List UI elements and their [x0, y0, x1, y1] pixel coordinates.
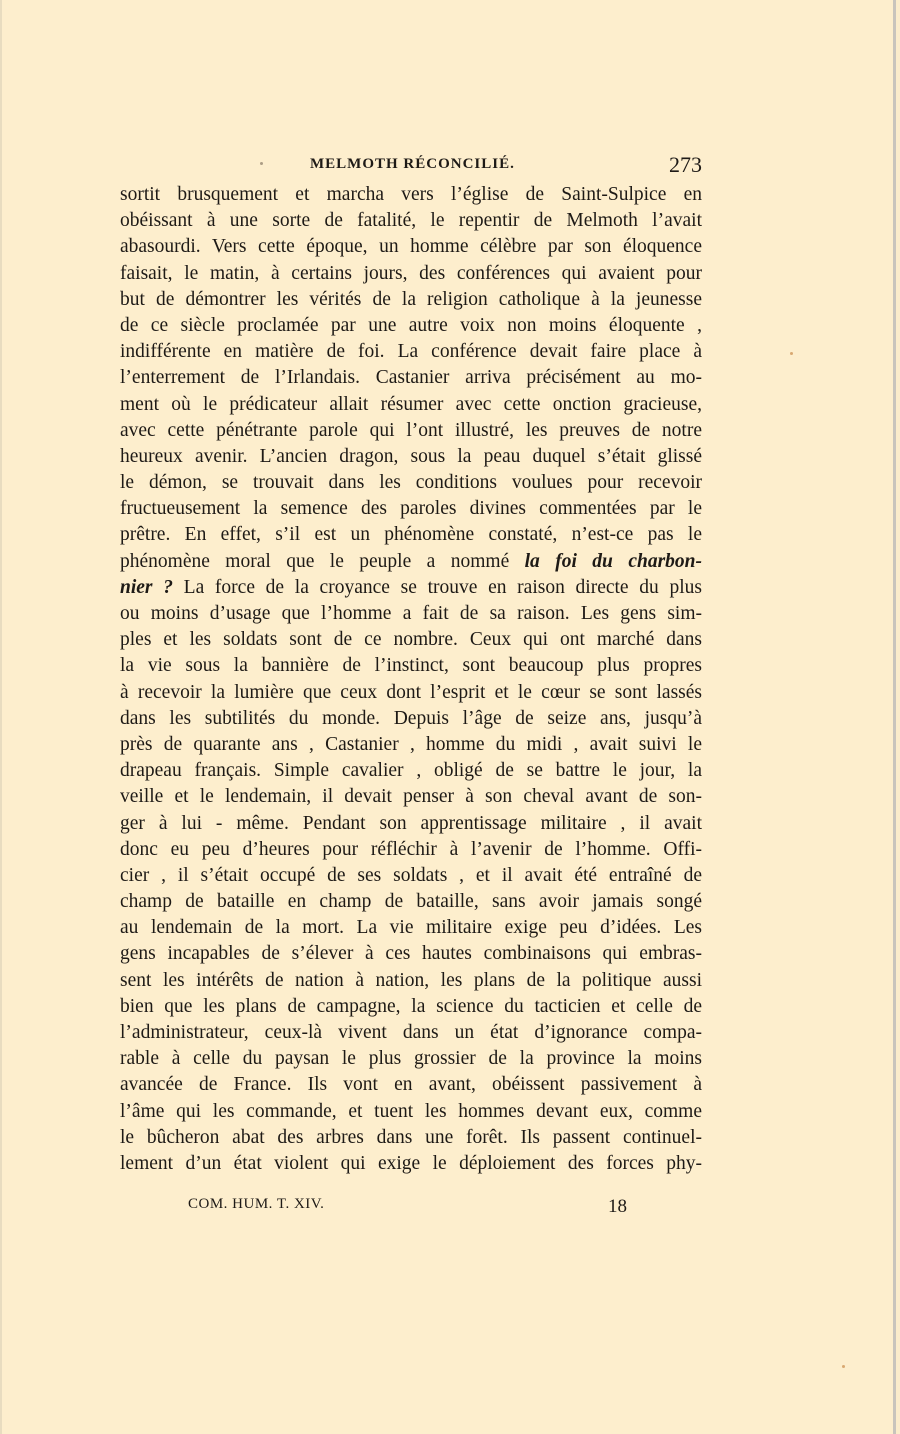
text-line: lement d’un état violent qui exige le dé… [120, 1151, 702, 1177]
text-line: abasourdi. Vers cette époque, un homme c… [120, 234, 702, 260]
text-line: rable à celle du paysan le plus grossier… [120, 1046, 702, 1072]
text-line: l’enterrement de l’Irlandais. Castanier … [120, 365, 702, 391]
text-line: le démon, se trouvait dans les condition… [120, 470, 702, 496]
page-number: 273 [669, 152, 702, 178]
text-line: ples et les soldats sont de ce nombre. C… [120, 627, 702, 653]
text-line: champ de bataille en champ de bataille, … [120, 889, 702, 915]
text-line: faisait, le matin, à certains jours, des… [120, 261, 702, 287]
text-line: drapeau français. Simple cavalier , obli… [120, 758, 702, 784]
italic-phrase: nier ? [120, 577, 173, 598]
text-line: ger à lui - même. Pendant son apprentiss… [120, 811, 702, 837]
body-text: sortit brusquement et marcha vers l’égli… [120, 182, 702, 1177]
text-line: obéissant à une sorte de fatalité, le re… [120, 208, 702, 234]
text-line: la vie sous la bannière de l’instinct, s… [120, 653, 702, 679]
text-line: avancée de France. Ils vont en avant, ob… [120, 1072, 702, 1098]
text-line: l’âme qui les commande, et tuent les hom… [120, 1099, 702, 1125]
paper-speck [790, 352, 793, 355]
text-line: ou moins d’usage que l’homme a fait de s… [120, 601, 702, 627]
text-fragment: phénomène moral que le peuple a nommé [120, 551, 525, 572]
text-line: bien que les plans de campagne, la scien… [120, 994, 702, 1020]
text-line: l’administrateur, ceux-là vivent dans un… [120, 1020, 702, 1046]
printer-signature: COM. HUM. T. XIV. [188, 1196, 324, 1213]
text-line: dans les subtilités du monde. Depuis l’â… [120, 706, 702, 732]
text-line: sortit brusquement et marcha vers l’égli… [120, 182, 702, 208]
text-line: sent les intérêts de nation à nation, le… [120, 968, 702, 994]
text-line: le bûcheron abat des arbres dans une for… [120, 1125, 702, 1151]
page-footer: COM. HUM. T. XIV. 18 [120, 1196, 702, 1222]
text-line: heureux avenir. L’ancien dragon, sous la… [120, 444, 702, 470]
text-line: avec cette pénétrante parole qui l’ont i… [120, 418, 702, 444]
text-line-with-italic: nier ? La force de la croyance se trouve… [120, 575, 702, 601]
text-fragment: La force de la croyance se trouve en rai… [173, 577, 702, 598]
running-head: MELMOTH RÉCONCILIÉ. 273 [120, 152, 702, 180]
text-line: près de quarante ans , Castanier , homme… [120, 732, 702, 758]
text-line: cier , il s’était occupé de ses soldats … [120, 863, 702, 889]
text-line-with-italic: phénomène moral que le peuple a nommé la… [120, 549, 702, 575]
text-line: ment où le prédicateur allait résumer av… [120, 392, 702, 418]
text-line: à recevoir la lumière que ceux dont l’es… [120, 680, 702, 706]
running-title: MELMOTH RÉCONCILIÉ. [310, 156, 515, 173]
text-line: but de démontrer les vérités de la relig… [120, 287, 702, 313]
text-line: veille et le lendemain, il devait penser… [120, 784, 702, 810]
text-line: de ce siècle proclamée par une autre voi… [120, 313, 702, 339]
paper-speck [842, 1365, 845, 1368]
italic-phrase: la foi du charbon- [525, 551, 702, 572]
book-page: MELMOTH RÉCONCILIÉ. 273 sortit brusqueme… [0, 0, 896, 1434]
text-line: au lendemain de la mort. La vie militair… [120, 915, 702, 941]
text-line: fructueusement la semence des paroles di… [120, 496, 702, 522]
text-line: indifférente en matière de foi. La confé… [120, 339, 702, 365]
text-line: prêtre. En effet, s’il est un phénomène … [120, 522, 702, 548]
text-line: gens incapables de s’élever à ces hautes… [120, 941, 702, 967]
sheet-number: 18 [608, 1196, 627, 1218]
paper-speck [260, 162, 263, 165]
text-line: donc eu peu d’heures pour réfléchir à l’… [120, 837, 702, 863]
